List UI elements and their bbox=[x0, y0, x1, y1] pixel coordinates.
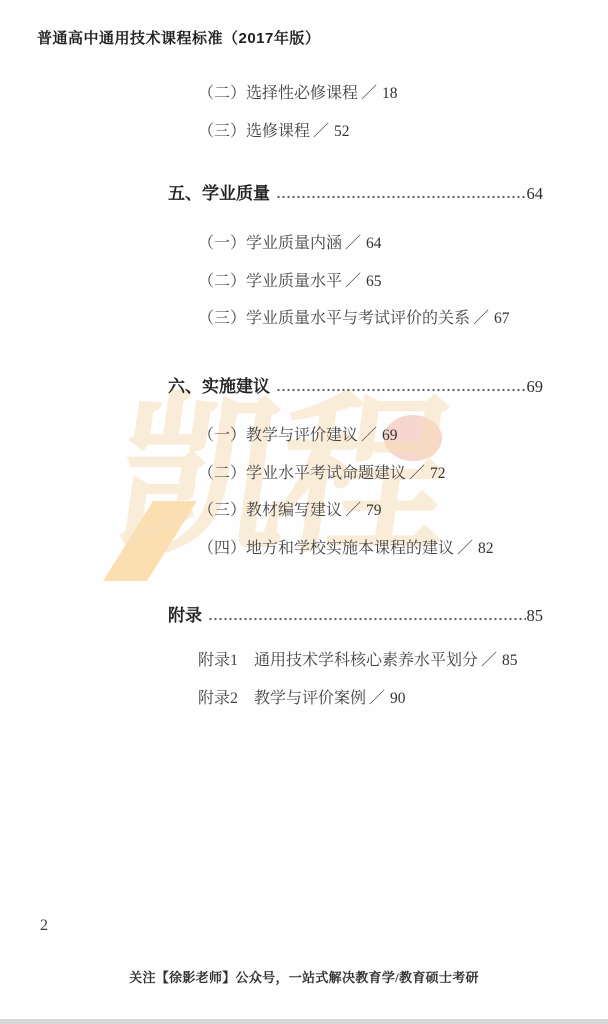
toc-entry-label: （四）地方和学校实施本课程的建议 bbox=[198, 540, 454, 557]
toc-entry-separator: ／ bbox=[454, 540, 478, 557]
toc-entry-separator: ／ bbox=[478, 652, 502, 669]
toc-entry-label: （三）学业质量水平与考试评价的关系 bbox=[198, 310, 470, 327]
toc-entry: （一）教学与评价建议／69 bbox=[198, 426, 398, 446]
toc-entry: （三）选修课程／52 bbox=[198, 122, 350, 142]
footer-note: 关注【徐影老师】公众号，一站式解决教育学/教育硕士考研 bbox=[0, 967, 608, 986]
toc-entry-page: 79 bbox=[366, 502, 382, 519]
page-number: 2 bbox=[40, 917, 48, 935]
toc-entry-separator: ／ bbox=[406, 465, 430, 482]
toc-entry-page: 82 bbox=[478, 540, 494, 557]
toc-entry-label: （二）学业水平考试命题建议 bbox=[198, 465, 406, 482]
dot-leader bbox=[276, 388, 526, 392]
toc-entry: 附录1 通用技术学科核心素养水平划分／85 bbox=[198, 651, 518, 671]
toc-entry-page: 52 bbox=[334, 123, 350, 140]
toc-entry-label: （三）选修课程 bbox=[198, 123, 310, 140]
toc-entry-label: （二）选择性必修课程 bbox=[198, 85, 358, 102]
toc-entry-label: （二）学业质量水平 bbox=[198, 273, 342, 290]
toc-entry: （三）教材编写建议／79 bbox=[198, 501, 382, 521]
toc-entry-separator: ／ bbox=[310, 123, 334, 140]
toc-entry-page: 65 bbox=[366, 273, 382, 290]
toc-entry-separator: ／ bbox=[366, 690, 390, 707]
toc-section-title: 六、实施建议 bbox=[168, 376, 270, 397]
toc-entry-page: 64 bbox=[366, 235, 382, 252]
toc-entry: （四）地方和学校实施本课程的建议／82 bbox=[198, 539, 494, 559]
toc-entry: （二）学业质量水平／65 bbox=[198, 272, 382, 292]
toc-entry-label: 附录1 通用技术学科核心素养水平划分 bbox=[198, 652, 478, 669]
toc-entry: （二）学业水平考试命题建议／72 bbox=[198, 464, 446, 484]
toc-entry: 附录2 教学与评价案例／90 bbox=[198, 689, 406, 709]
document-page: 普通高中通用技术课程标准（2017年版） 凯程 （二）选择性必修课程／18 （三… bbox=[0, 0, 608, 1024]
brand-watermark: 凯程 bbox=[118, 383, 478, 591]
dot-leader bbox=[208, 617, 526, 621]
toc-entry: （一）学业质量内涵／64 bbox=[198, 234, 382, 254]
toc-section-page: 64 bbox=[527, 183, 544, 204]
toc-section-page: 85 bbox=[527, 605, 544, 626]
toc-entry-separator: ／ bbox=[342, 502, 366, 519]
toc-entry-page: 85 bbox=[502, 652, 518, 669]
toc-entry-separator: ／ bbox=[342, 273, 366, 290]
toc-section-heading: 附录 85 bbox=[168, 605, 543, 626]
toc-entry-page: 18 bbox=[382, 85, 398, 102]
dot-leader bbox=[276, 195, 526, 199]
bottom-edge-strip bbox=[0, 1019, 608, 1024]
toc-entry-separator: ／ bbox=[358, 427, 382, 444]
toc-entry-page: 67 bbox=[494, 310, 510, 327]
toc-entry-page: 69 bbox=[382, 427, 398, 444]
toc-section-title: 五、学业质量 bbox=[168, 183, 270, 204]
toc-section-heading: 五、学业质量 64 bbox=[168, 183, 543, 204]
toc-entry-label: 附录2 教学与评价案例 bbox=[198, 690, 366, 707]
toc-section-heading: 六、实施建议 69 bbox=[168, 376, 543, 397]
toc-entry: （二）选择性必修课程／18 bbox=[198, 84, 398, 104]
toc-entry-separator: ／ bbox=[342, 235, 366, 252]
toc-entry-label: （一）学业质量内涵 bbox=[198, 235, 342, 252]
toc-entry-label: （三）教材编写建议 bbox=[198, 502, 342, 519]
toc-section-title: 附录 bbox=[168, 605, 202, 626]
toc-entry-page: 90 bbox=[390, 690, 406, 707]
toc-entry-separator: ／ bbox=[470, 310, 494, 327]
toc-entry: （三）学业质量水平与考试评价的关系／67 bbox=[198, 309, 510, 329]
toc-entry-page: 72 bbox=[430, 465, 446, 482]
toc-entry-separator: ／ bbox=[358, 85, 382, 102]
toc-section-page: 69 bbox=[527, 376, 544, 397]
running-header: 普通高中通用技术课程标准（2017年版） bbox=[37, 27, 320, 48]
toc-entry-label: （一）教学与评价建议 bbox=[198, 427, 358, 444]
